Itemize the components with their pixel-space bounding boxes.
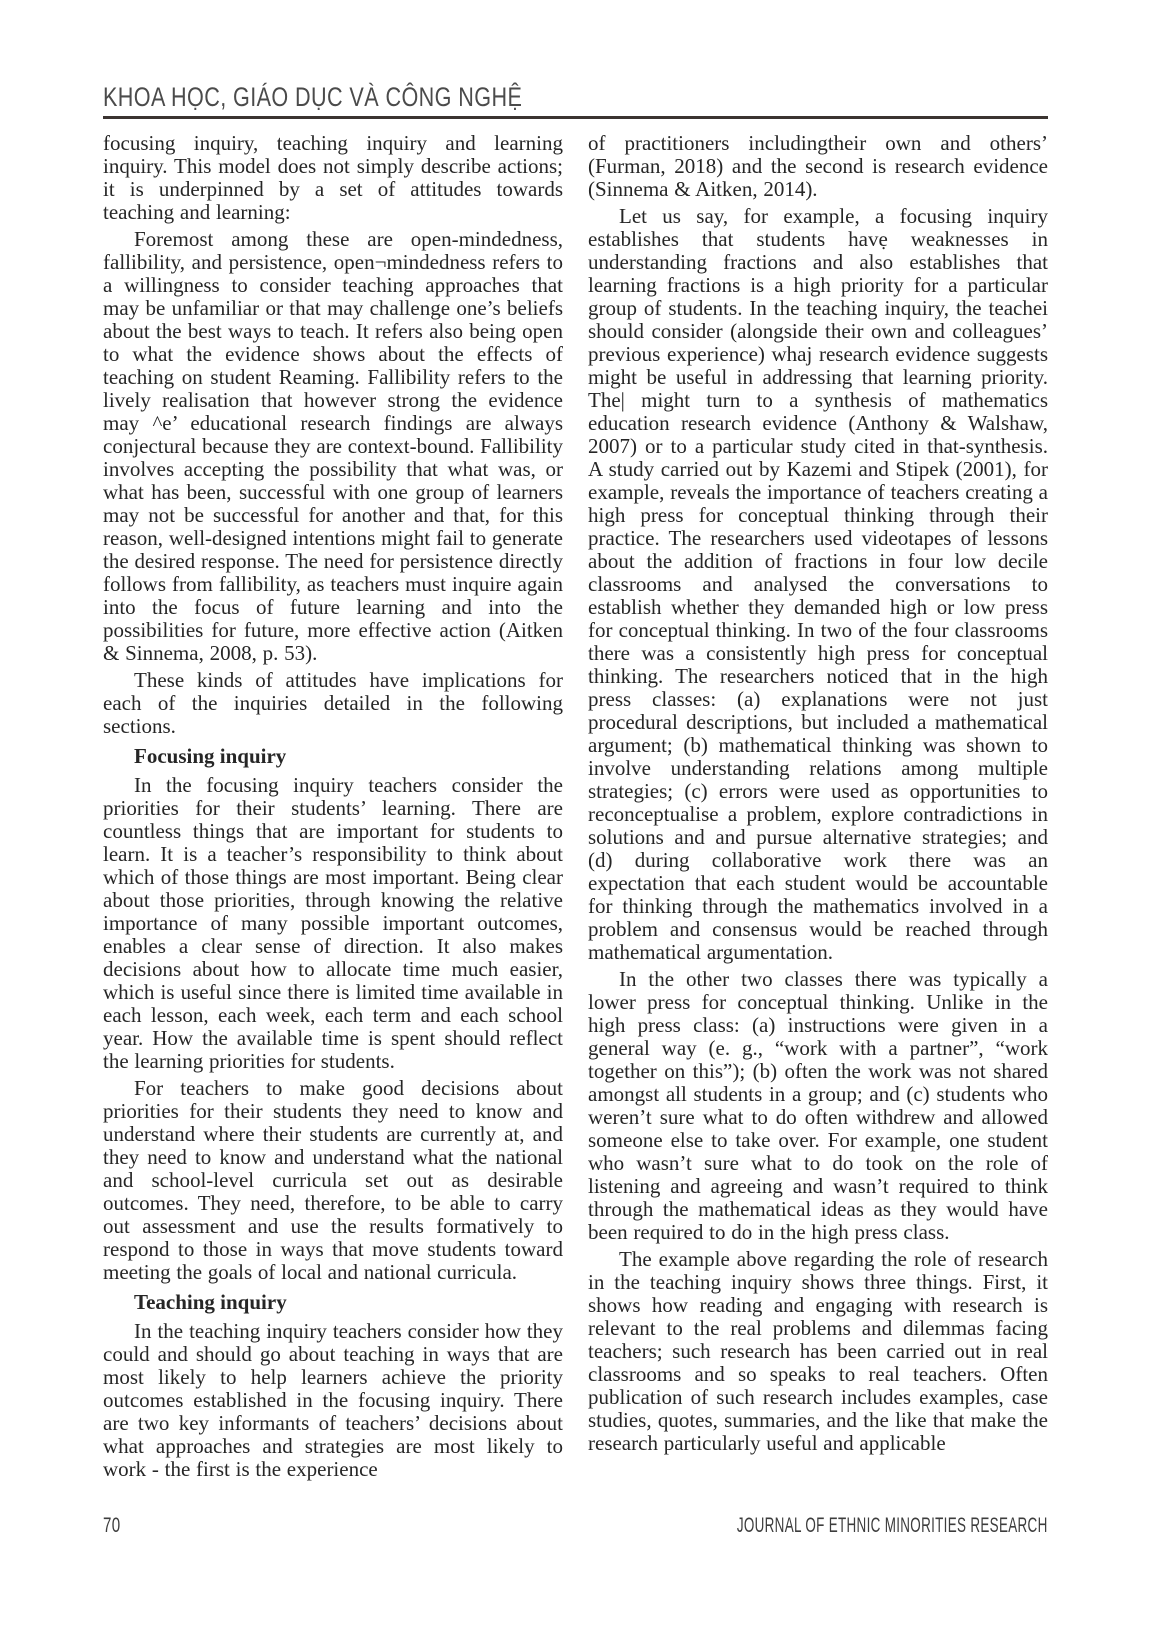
page-content: KHOA HỌC, GIÁO DỤC VÀ CÔNG NGHỆ focusing… [103, 0, 1048, 1485]
body-paragraph: of practitioners includingtheir own and … [588, 132, 1048, 201]
header-title: KHOA HỌC, GIÁO DỤC VÀ CÔNG NGHỆ [103, 82, 522, 112]
journal-title: JOURNAL OF ETHNIC MINORITIES RESEARCH [737, 1514, 1048, 1538]
content-columns: focusing inquiry, teaching inquiry and l… [103, 132, 1048, 1485]
body-paragraph: focusing inquiry, teaching inquiry and l… [103, 132, 563, 224]
body-paragraph: In the focusing inquiry teachers conside… [103, 774, 563, 1073]
page-header: KHOA HỌC, GIÁO DỤC VÀ CÔNG NGHỆ [103, 82, 1048, 119]
header-rule [103, 116, 1048, 119]
body-paragraph: For teachers to make good decisions abou… [103, 1077, 563, 1284]
section-heading: Teaching inquiry [103, 1291, 563, 1314]
body-paragraph: In the teaching inquiry teachers conside… [103, 1320, 563, 1481]
column-right: of practitioners includingtheir own and … [588, 132, 1048, 1485]
body-paragraph: Let us say, for example, a focusing inqu… [588, 205, 1048, 964]
body-paragraph: In the other two classes there was typic… [588, 968, 1048, 1244]
page: { "header": { "title": "KHOA HỌC, GIÁO D… [0, 0, 1157, 1629]
page-number: 70 [103, 1514, 121, 1538]
body-paragraph: Foremost among these are open-mindedness… [103, 228, 563, 665]
column-left: focusing inquiry, teaching inquiry and l… [103, 132, 563, 1485]
section-heading: Focusing inquiry [103, 745, 563, 768]
body-paragraph: These kinds of attitudes have implicatio… [103, 669, 563, 738]
body-paragraph: The example above regarding the role of … [588, 1248, 1048, 1455]
page-footer: 70 JOURNAL OF ETHNIC MINORITIES RESEARCH [103, 1514, 1048, 1538]
